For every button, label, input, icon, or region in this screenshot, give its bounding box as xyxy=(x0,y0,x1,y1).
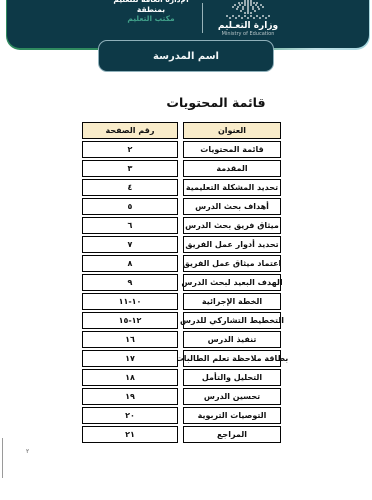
toc-row-page: ٢ xyxy=(82,141,178,158)
table-row: المراجع ٢١ xyxy=(82,426,281,443)
table-row: تحديد أدوار عمل الفريق ٧ xyxy=(82,236,281,253)
org-line-2: بمنطقة xyxy=(105,5,197,15)
table-row: الهدف البعيد لبحث الدرس ٩ xyxy=(82,274,281,291)
page-title: قائمة المحتويات xyxy=(60,95,372,110)
table-row: التحليل والتأمل ١٨ xyxy=(82,369,281,386)
toc-row-title: التخطيط التشاركي للدرس xyxy=(183,312,281,329)
toc-row-page: ١٧ xyxy=(82,350,178,367)
org-line-1: الإدارة العامة للتعليم xyxy=(105,0,197,5)
header-divider xyxy=(202,3,203,33)
table-row: التوصيات التربوية ٢٠ xyxy=(82,407,281,424)
table-row: ميثاق فريق بحث الدرس ٦ xyxy=(82,217,281,234)
table-row: قائمة المحتويات ٢ xyxy=(82,141,281,158)
toc-row-title: بطاقة ملاحظة تعلم الطالبات xyxy=(183,350,281,367)
table-row: تنفيذ الدرس ١٦ xyxy=(82,331,281,348)
toc-row-page: ٨ xyxy=(82,255,178,272)
toc-row-title: التوصيات التربوية xyxy=(183,407,281,424)
toc-row-title: المقدمة xyxy=(183,160,281,177)
toc-header-row: العنوان رقم الصفحة xyxy=(82,122,281,139)
toc-row-page: ١٦ xyxy=(82,331,178,348)
toc-row-page: ١٨ xyxy=(82,369,178,386)
toc-row-title: ميثاق فريق بحث الدرس xyxy=(183,217,281,234)
toc-row-page: ٢٠ xyxy=(82,407,178,424)
education-office-block: الإدارة العامة للتعليم بمنطقة مكتب التعل… xyxy=(105,0,197,24)
palm-emblem-icon xyxy=(217,0,279,21)
org-line-3: مكتب التعليم xyxy=(105,14,197,24)
toc-row-page: ١٠-١١ xyxy=(82,293,178,310)
table-row: اعتماد ميثاق عمل الفريق ٨ xyxy=(82,255,281,272)
toc-row-page: ٣ xyxy=(82,160,178,177)
toc-row-title: الهدف البعيد لبحث الدرس xyxy=(183,274,281,291)
table-row: التخطيط التشاركي للدرس ١٢-١٥ xyxy=(82,312,281,329)
toc-row-page: ١٢-١٥ xyxy=(82,312,178,329)
toc-header-title: العنوان xyxy=(183,122,281,139)
ministry-logo: وزارة التعـليم Ministry of Education xyxy=(205,0,291,37)
toc-table: العنوان رقم الصفحة قائمة المحتويات ٢ الم… xyxy=(82,122,281,445)
toc-row-title: التحليل والتأمل xyxy=(183,369,281,386)
document-page: وزارة التعـليم Ministry of Education الإ… xyxy=(0,0,372,500)
toc-row-title: المراجع xyxy=(183,426,281,443)
toc-row-title: تحديد أدوار عمل الفريق xyxy=(183,236,281,253)
table-row: الخطة الإجرائية ١٠-١١ xyxy=(82,293,281,310)
toc-row-title: اعتماد ميثاق عمل الفريق xyxy=(183,255,281,272)
table-row: تحسين الدرس ١٩ xyxy=(82,388,281,405)
toc-row-title: تنفيذ الدرس xyxy=(183,331,281,348)
toc-row-page: ٢١ xyxy=(82,426,178,443)
footer-page-number: ٢ xyxy=(26,448,29,455)
toc-table-body: قائمة المحتويات ٢ المقدمة ٣ تحديد المشكل… xyxy=(82,141,281,443)
table-row: بطاقة ملاحظة تعلم الطالبات ١٧ xyxy=(82,350,281,367)
table-row: المقدمة ٣ xyxy=(82,160,281,177)
ministry-name-english: Ministry of Education xyxy=(205,31,291,37)
toc-row-title: أهداف بحث الدرس xyxy=(183,198,281,215)
toc-header-page: رقم الصفحة xyxy=(82,122,178,139)
school-name-plate: اسم المدرسة xyxy=(98,40,274,72)
toc-row-title: الخطة الإجرائية xyxy=(183,293,281,310)
toc-row-page: ٥ xyxy=(82,198,178,215)
toc-row-page: ١٩ xyxy=(82,388,178,405)
ministry-name-arabic: وزارة التعـليم xyxy=(205,21,291,31)
table-row: أهداف بحث الدرس ٥ xyxy=(82,198,281,215)
toc-row-title: تحسين الدرس xyxy=(183,388,281,405)
toc-row-page: ٤ xyxy=(82,179,178,196)
table-row: تحديد المشكلة التعليمية ٤ xyxy=(82,179,281,196)
toc-row-page: ٩ xyxy=(82,274,178,291)
toc-row-title: قائمة المحتويات xyxy=(183,141,281,158)
toc-row-page: ٦ xyxy=(82,217,178,234)
scan-edge-artifact xyxy=(2,438,3,478)
toc-row-title: تحديد المشكلة التعليمية xyxy=(183,179,281,196)
toc-row-page: ٧ xyxy=(82,236,178,253)
